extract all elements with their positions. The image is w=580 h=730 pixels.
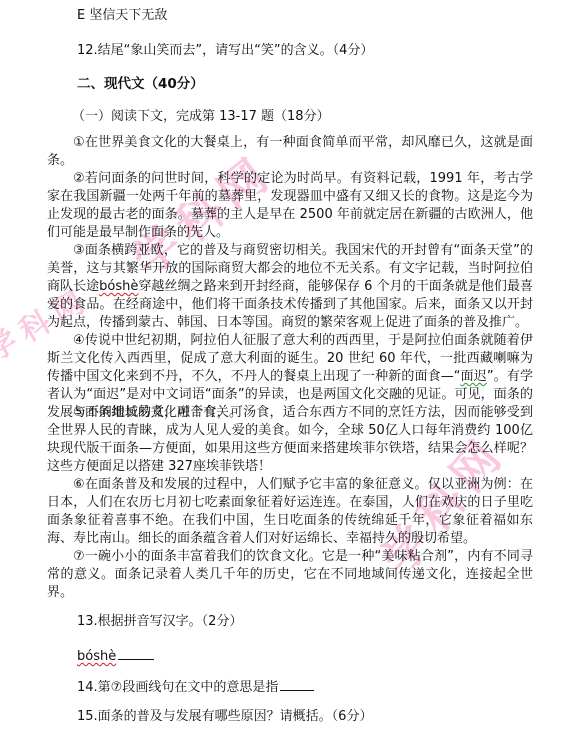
question-14: 14.第⑦段画线句在文中的意思是指 bbox=[77, 680, 278, 695]
question-13: 13.根据拼音写汉字。（2分） bbox=[77, 614, 242, 630]
term-mianchi: 面迟 bbox=[460, 369, 486, 384]
question-14-line: 14.第⑦段画线句在文中的意思是指 bbox=[77, 678, 314, 696]
subsection-heading: （一）阅读下文，完成第 13-17 题（18分） bbox=[72, 109, 330, 125]
answer-blank[interactable] bbox=[280, 678, 314, 691]
paragraph-2: ②若问面条的问世时间，科学的定论为时尚早。有资料记载，1991 年，考古学家在我… bbox=[47, 170, 533, 242]
paragraph-6: ⑥在面条普及和发展的过程中，人们赋予它丰富的象征意义。仅以亚洲为例：在日本，人们… bbox=[47, 476, 533, 548]
paragraph-3: ③面条横跨亚欧，它的普及与商贸密切相关。我国宋代的开封曾有“面条天堂”的美誉，这… bbox=[47, 242, 533, 332]
question-12: 12.结尾“象山笑而去”，请写出“笑”的含义。（4分） bbox=[77, 43, 373, 59]
question-15: 15.面条的普及与发展有哪些原因？请概括。（6分） bbox=[77, 709, 372, 725]
option-e: E 坚信天下无敌 bbox=[77, 8, 167, 24]
question-13-answer-line: bóshè bbox=[77, 647, 154, 665]
answer-blank[interactable] bbox=[118, 647, 154, 660]
paragraph-7: ⑦一碗小小的面条丰富着我们的饮食文化。它是一种“美味粘合剂”，内有不同寻常的意义… bbox=[47, 548, 533, 602]
pinyin-boshe: bóshè bbox=[99, 279, 138, 294]
paragraph-5: ⑤面条细长易煮，可干食，可汤食，适合东西方不同的烹饪方法，因而能够受到全世界人民… bbox=[47, 404, 533, 476]
question-13-pinyin: bóshè bbox=[77, 649, 116, 664]
section-heading: 二、现代文（40分） bbox=[77, 76, 204, 92]
paragraph-1: ①在世界美食文化的大餐桌上，有一种面食简单而平常，却风靡已久，这就是面条。 bbox=[47, 134, 533, 170]
